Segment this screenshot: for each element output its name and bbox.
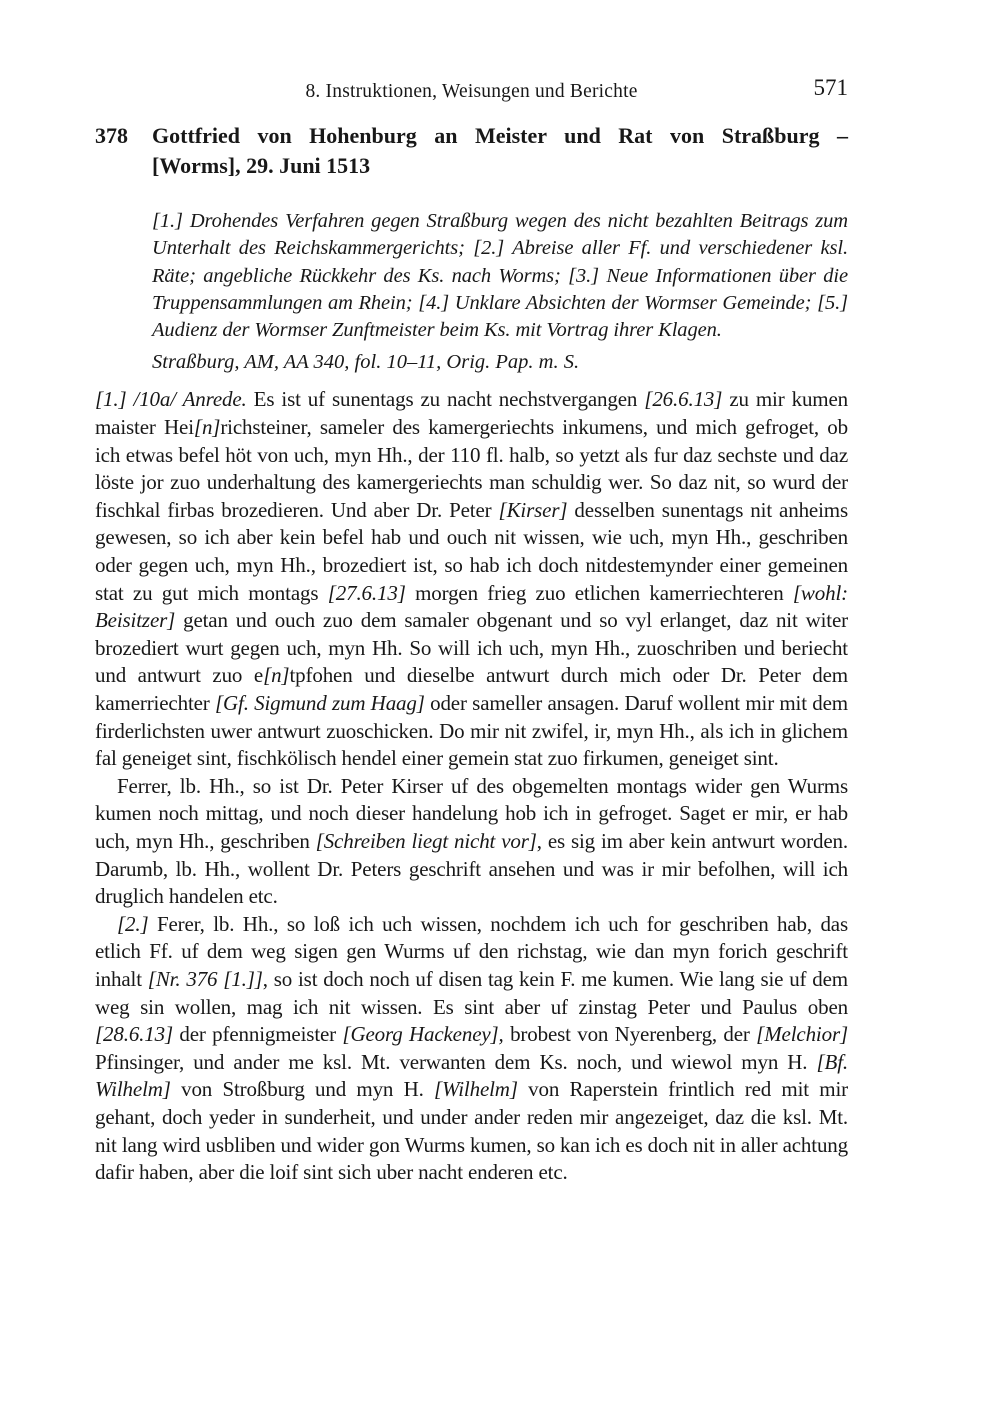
running-title: 8. Instruktionen, Weisungen und Berichte (95, 80, 848, 104)
summary-regest: [1.] Drohendes Verfahren gegen Straßburg… (152, 208, 848, 344)
letter-body: [1.] /10a/ Anrede. Es ist uf sunentags z… (95, 386, 848, 1186)
entry-number: 378 (95, 121, 152, 181)
entry-title: Gottfried von Hohenburg an Meister und R… (152, 121, 848, 181)
text-column: 8. Instruktionen, Weisungen und Berichte… (95, 80, 848, 1187)
page-number: 571 (814, 76, 849, 100)
book-page: 8. Instruktionen, Weisungen und Berichte… (0, 0, 1004, 1418)
source-reference: Straßburg, AM, AA 340, fol. 10–11, Orig.… (152, 349, 848, 376)
body-paragraph-3: [2.] Ferer, lb. Hh., so loß ich uch wiss… (95, 911, 848, 1187)
running-header: 8. Instruktionen, Weisungen und Berichte… (95, 80, 848, 106)
entry-title-line1: Gottfried von Hohenburg an Meister und R… (152, 121, 848, 151)
entry-heading: 378 Gottfried von Hohenburg an Meister u… (95, 121, 848, 181)
entry-title-line2: [Worms], 29. Juni 1513 (152, 151, 848, 181)
body-paragraph-1: [1.] /10a/ Anrede. Es ist uf sunentags z… (95, 386, 848, 772)
body-paragraph-2: Ferrer, lb. Hh., so ist Dr. Peter Kirser… (95, 773, 848, 911)
